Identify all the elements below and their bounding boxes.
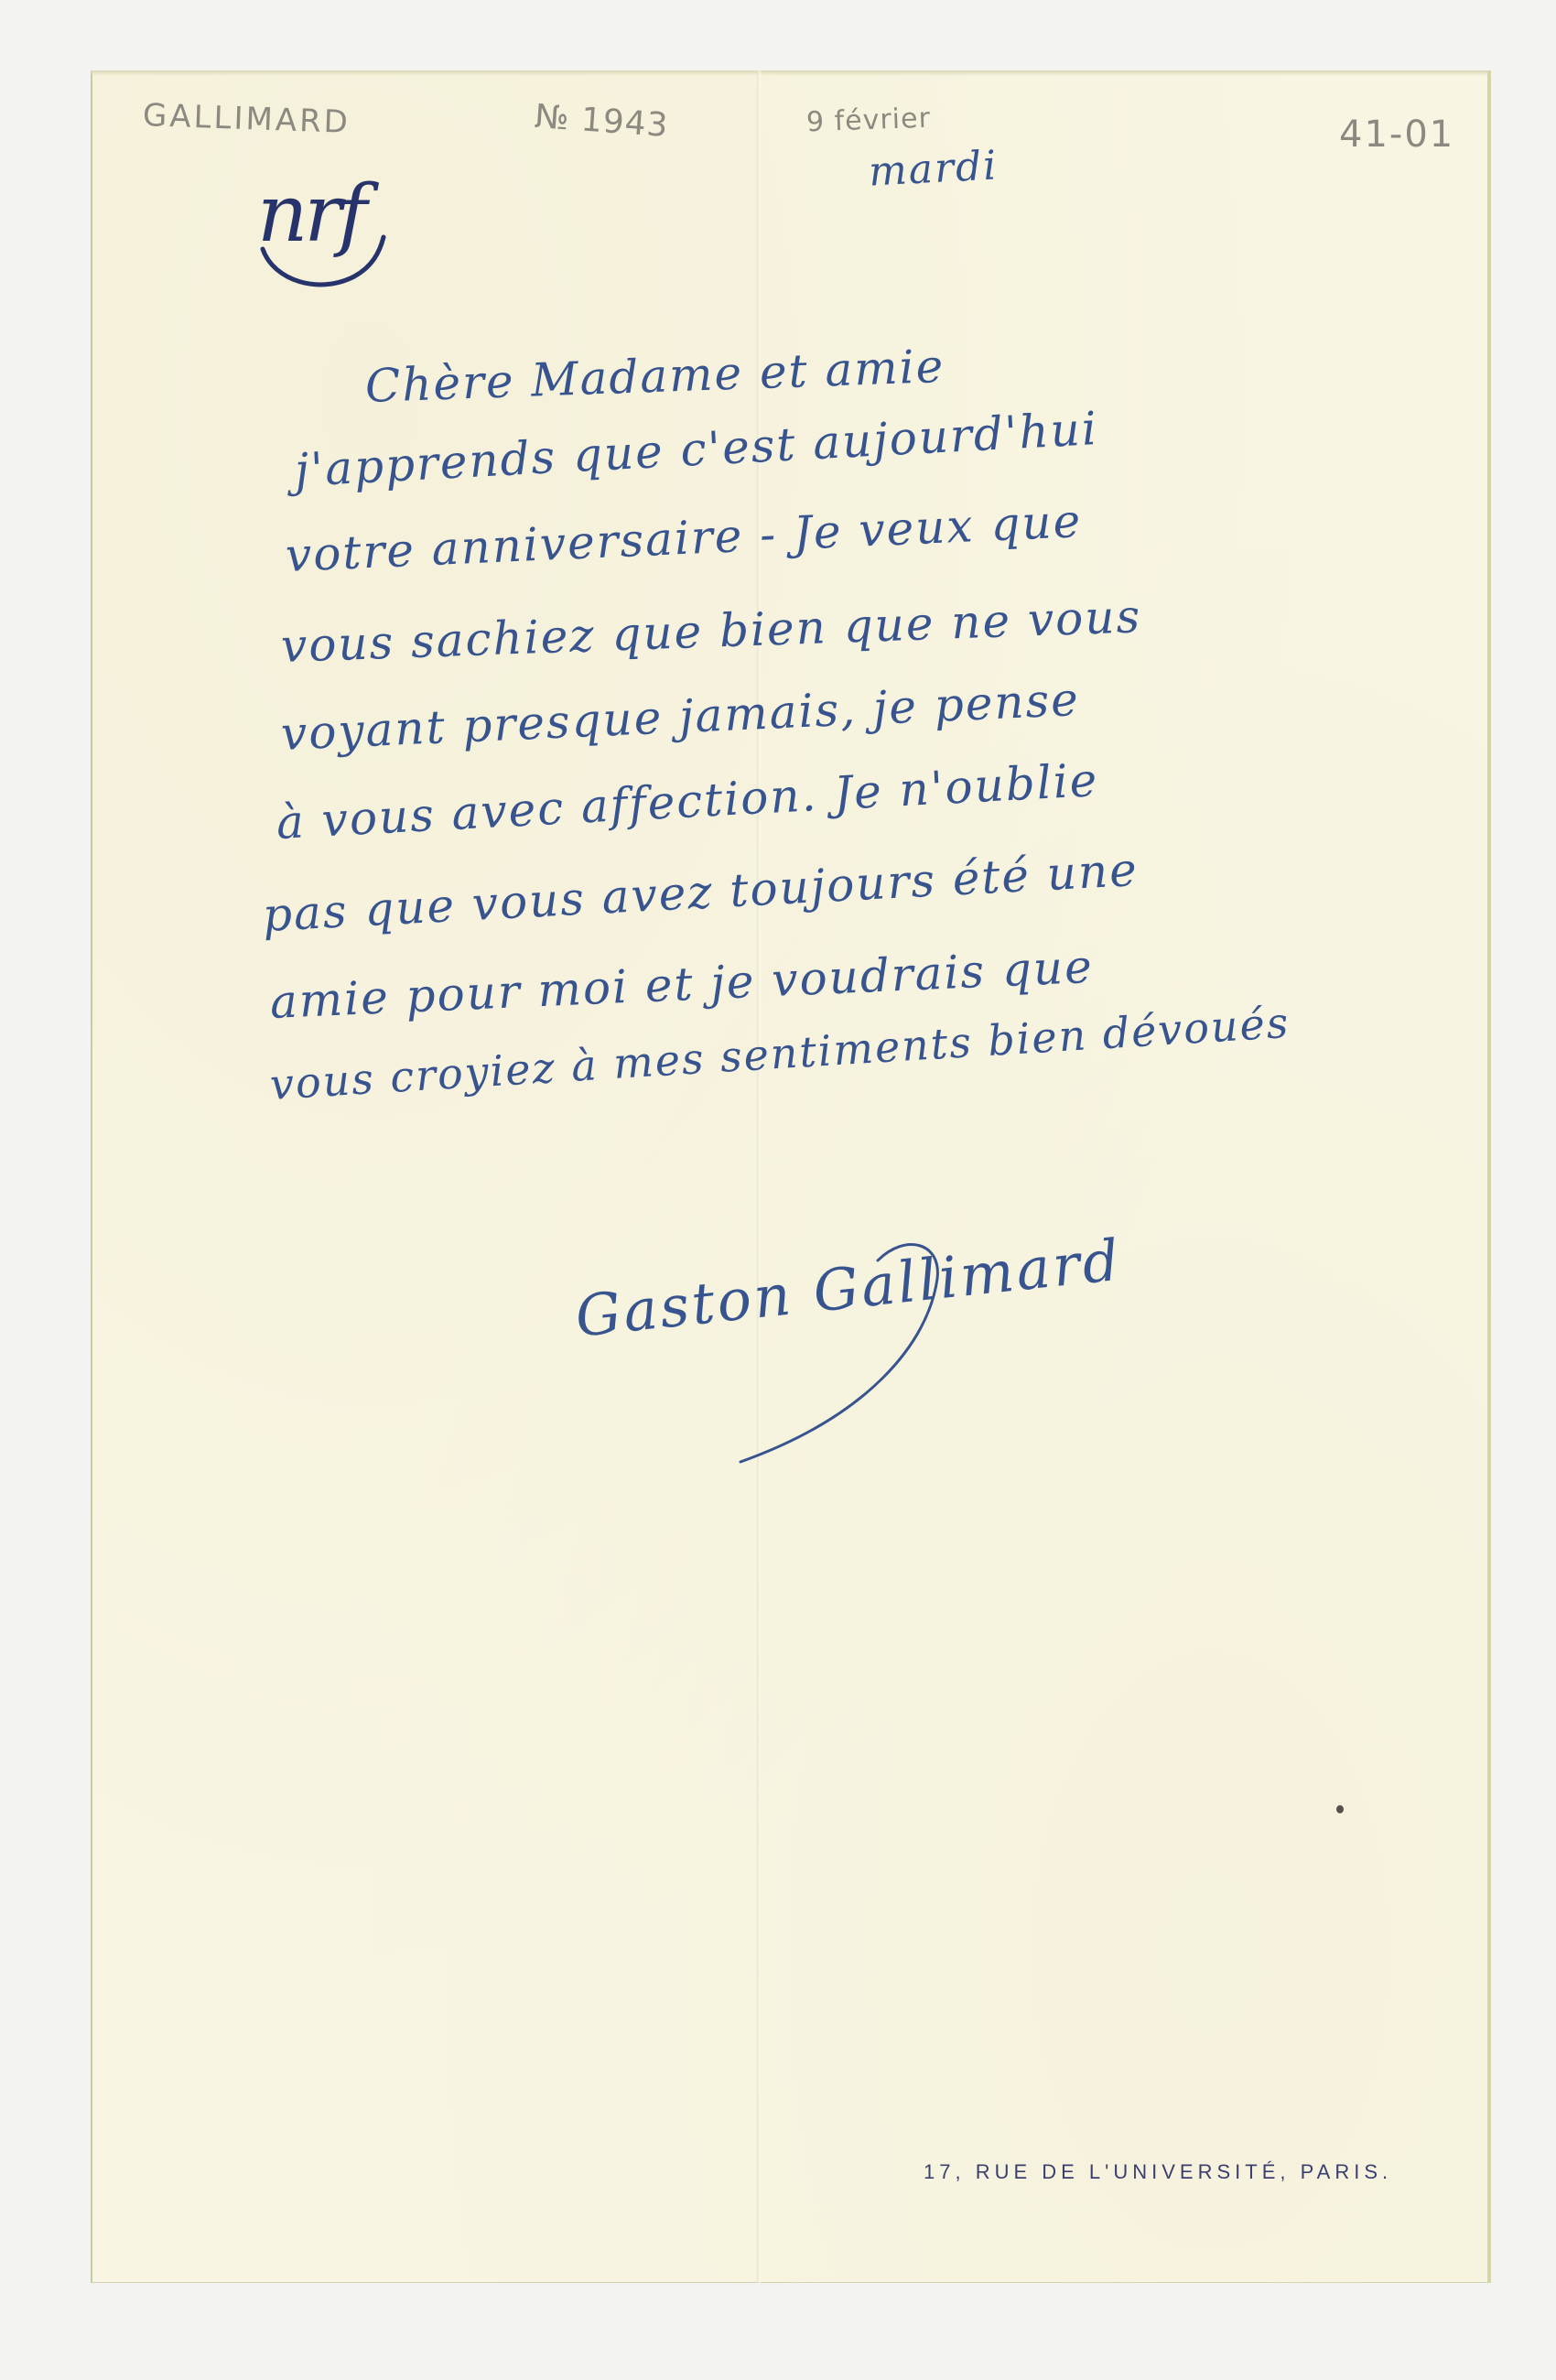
letter-day: mardi bbox=[868, 142, 1000, 195]
letter-line-8: amie pour moi et je voudrais que bbox=[269, 944, 1095, 1025]
nrf-logo: nrf bbox=[255, 180, 420, 286]
letter-line-5: voyant presque jamais, je pense bbox=[280, 676, 1081, 757]
pencil-annotation-archive: GALLIMARD bbox=[142, 97, 351, 141]
letter-line-2: j'apprends que c'est aujourd'hui bbox=[294, 406, 1099, 493]
paper-fold-line bbox=[756, 70, 762, 2283]
pencil-annotation-number: № 1943 bbox=[534, 98, 670, 145]
pencil-annotation-date: 9 février bbox=[805, 103, 931, 139]
pencil-annotation-reference: 41-01 bbox=[1339, 114, 1454, 156]
signature-flourish-icon bbox=[603, 1224, 951, 1498]
letter-line-3: votre anniversaire - Je veux que bbox=[285, 498, 1083, 579]
letter-line-4: vous sachiez que bien que ne vous bbox=[280, 593, 1142, 669]
nrf-logo-swash-icon bbox=[255, 180, 420, 295]
paper-right-edge bbox=[1487, 70, 1491, 2283]
letter-line-6: à vous avec affection. Je n'oublie bbox=[276, 757, 1100, 846]
paper-top-edge bbox=[91, 70, 1491, 76]
letterhead-address: 17, RUE DE L'UNIVERSITÉ, PARIS. bbox=[924, 2160, 1392, 2184]
letter-sheet: GALLIMARD № 1943 9 février 41-01 nrf mar… bbox=[91, 70, 1491, 2283]
ink-speck bbox=[1336, 1805, 1344, 1813]
letter-line-1: Chère Madame et amie bbox=[364, 343, 945, 409]
letter-line-7: pas que vous avez toujours été une bbox=[262, 847, 1140, 938]
